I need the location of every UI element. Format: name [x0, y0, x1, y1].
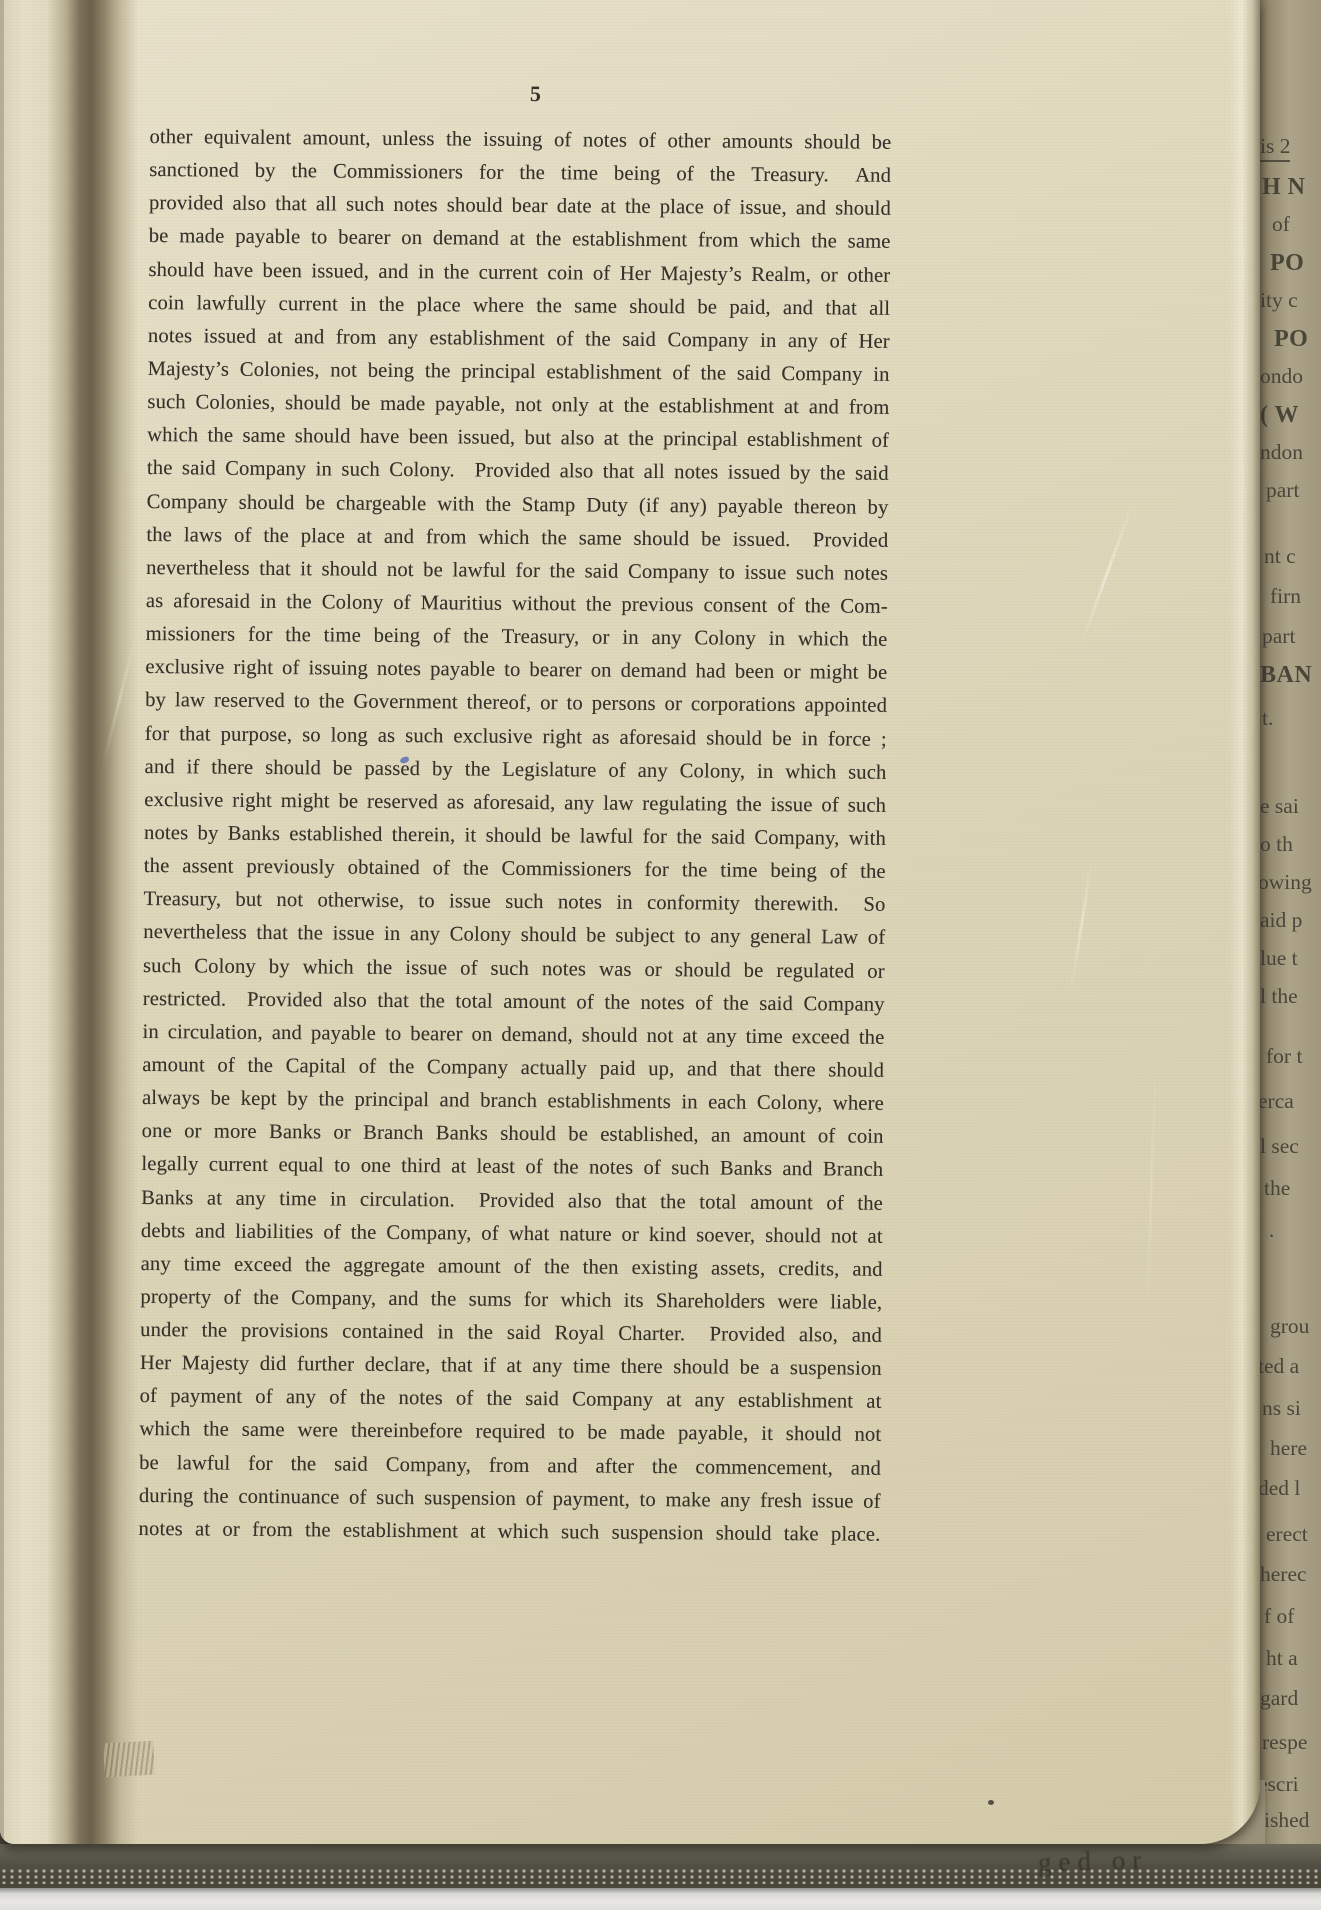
facing-page-text-fragment: ished [1264, 1808, 1309, 1833]
text-line: notesatorfromtheestablishmentatwhichsuch… [138, 1518, 880, 1557]
facing-page-text-fragment: here [1270, 1436, 1307, 1461]
scanned-book-spread: is 2H NofPOity cPOondo( Wndonpartnt cfir… [0, 0, 1321, 1910]
facing-page-text-fragment: ( W [1260, 402, 1299, 429]
facing-page-text-fragment: part [1262, 624, 1295, 649]
facing-page-text-fragment: grou [1270, 1314, 1309, 1339]
page-content: 5 otherequivalentamount,unlesstheissuing… [138, 78, 892, 1557]
facing-page-text-fragment: for t [1266, 1044, 1302, 1069]
facing-page-text-fragment: ns si [1262, 1396, 1301, 1421]
facing-page-text-fragment: ondo [1260, 364, 1303, 389]
facing-page-text-fragment: ht a [1266, 1646, 1298, 1671]
facing-page-text-fragment: of [1272, 212, 1290, 237]
ink-speck [988, 1800, 994, 1805]
page-crease [1146, 1060, 1158, 1310]
facing-page-text-fragment: lue t [1260, 946, 1298, 971]
facing-page-text-fragment: f of [1264, 1604, 1294, 1629]
facing-page-text-fragment: part [1266, 478, 1299, 503]
facing-page-text-fragment: ted a [1258, 1354, 1299, 1379]
scan-bed-lower-band [0, 1888, 1321, 1910]
facing-page-text-fragment: ndon [1260, 440, 1303, 465]
bottom-page-text-fragment: ged or [1038, 1845, 1149, 1879]
facing-page-text-fragment: t. [1262, 706, 1273, 731]
facing-page-text-fragment: firn [1270, 584, 1301, 609]
facing-page-text-fragment: respe [1262, 1730, 1307, 1755]
facing-page-text-fragment: erca [1258, 1089, 1294, 1114]
page-right-edge [1230, 0, 1260, 1844]
facing-page-text-fragment: BAN [1260, 662, 1312, 689]
facing-page-text-fragment: owing [1258, 870, 1312, 895]
facing-page-text-fragment: ity c [1260, 288, 1298, 313]
page-number: 5 [180, 78, 892, 110]
gutter-shadow [0, 0, 138, 1844]
facing-page-text-fragment: l sec [1260, 1134, 1299, 1159]
facing-page-edge: is 2H NofPOity cPOondo( Wndonpartnt cfir… [1258, 0, 1321, 1888]
facing-page-text-fragment: e sai [1260, 794, 1299, 819]
body-text: otherequivalentamount,unlesstheissuingof… [138, 126, 891, 1557]
facing-page-text-fragment: erect [1266, 1522, 1308, 1547]
facing-page-text-fragment: ded l [1258, 1476, 1300, 1501]
facing-page-text-fragment: l the [1260, 984, 1298, 1009]
page-crease [1070, 861, 1093, 990]
facing-page-text-fragment: o th [1260, 832, 1293, 857]
facing-page-text-fragment: herec [1260, 1562, 1307, 1587]
facing-page-text-fragment: gard [1260, 1686, 1298, 1711]
facing-page-text-fragment: is 2 [1260, 134, 1290, 162]
book-page: 5 otherequivalentamount,unlesstheissuing… [0, 0, 1260, 1844]
facing-page-text-fragment: nt c [1264, 544, 1296, 569]
page-crease [1079, 504, 1133, 646]
facing-page-text-fragment: H N [1262, 174, 1306, 201]
facing-page-text-fragment: the [1264, 1176, 1290, 1201]
facing-page-text-fragment: · [1268, 1224, 1275, 1249]
facing-page-text-fragment: PO [1274, 326, 1308, 353]
facing-page-text-fragment: PO [1270, 250, 1304, 277]
page-stack-edge [103, 1741, 155, 1778]
facing-page-text-fragment: aid p [1260, 908, 1302, 933]
